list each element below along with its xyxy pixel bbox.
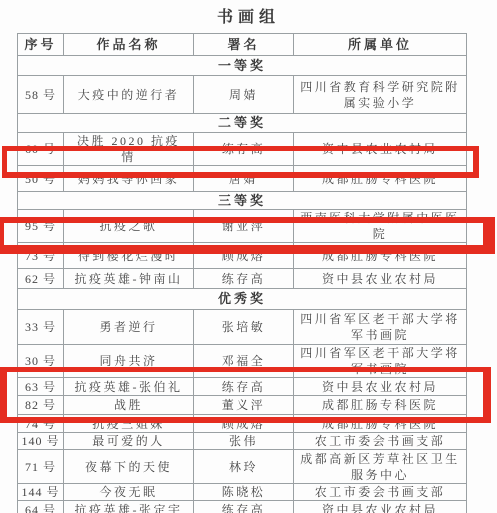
author-name: 练存高 <box>194 133 294 166</box>
row-number: 140 号 <box>18 433 64 450</box>
author-name: 邓福全 <box>194 345 294 378</box>
organization: 资中县农业农村局 <box>294 133 467 166</box>
column-header-number: 序号 <box>18 34 64 56</box>
table-row: 58 号大疫中的逆行者周婧四川省教育科学研究院附属实验小学 <box>18 76 467 114</box>
work-title: 最可爱的人 <box>64 433 194 450</box>
section-row: 优秀奖 <box>18 289 467 310</box>
table-row: 73 号待到樱花烂漫时顾成熔成都肛肠专科医院 <box>18 243 467 269</box>
table-row: 33 号勇者逆行张培敏四川省军区老干部大学将军书画院 <box>18 310 467 345</box>
row-number: 63 号 <box>18 378 64 396</box>
table-row: 50 号妈妈我等你回家唐婧成都肛肠专科医院 <box>18 166 467 192</box>
organization: 成都肛肠专科医院 <box>294 415 467 433</box>
organization: 四川省教育科学研究院附属实验小学 <box>294 76 467 114</box>
work-title: 妈妈我等你回家 <box>64 166 194 192</box>
author-name: 练存高 <box>194 501 294 513</box>
column-header-organization: 所属单位 <box>294 34 467 56</box>
row-number: 64 号 <box>18 501 64 513</box>
author-name: 周婧 <box>194 76 294 114</box>
row-number: 58 号 <box>18 76 64 114</box>
organization: 成都高新区芳草社区卫生服务中心 <box>294 450 467 484</box>
table-row: 64 号抗疫英雄-张定宇练存高资中县农业农村局 <box>18 501 467 513</box>
work-title: 勇者逆行 <box>64 310 194 345</box>
section-label: 一等奖 <box>18 56 467 76</box>
author-name: 练存高 <box>194 378 294 396</box>
section-label: 优秀奖 <box>18 289 467 310</box>
work-title: 抗疫三姐妹 <box>64 415 194 433</box>
table-row: 71 号夜幕下的天使林玲成都高新区芳草社区卫生服务中心 <box>18 450 467 484</box>
row-number: 30 号 <box>18 345 64 378</box>
work-title: 夜幕下的天使 <box>64 450 194 484</box>
organization: 资中县农业农村局 <box>294 378 467 396</box>
row-number: 74 号 <box>18 415 64 433</box>
section-row: 一等奖 <box>18 56 467 76</box>
table-row: 82 号战胜董义泙成都肛肠专科医院 <box>18 396 467 415</box>
work-title: 抗疫英雄-张定宇 <box>64 501 194 513</box>
row-number: 82 号 <box>18 396 64 415</box>
section-row: 二等奖 <box>18 114 467 133</box>
table-row: 62 号抗疫英雄-钟南山练存高资中县农业农村局 <box>18 269 467 289</box>
table-row: 95 号抗疫之歌谢亚萍西南医科大学附属中医医院 <box>18 210 467 243</box>
work-title: 战胜 <box>64 396 194 415</box>
row-number: 50 号 <box>18 166 64 192</box>
table-row: 63 号抗疫英雄-张伯礼练存高资中县农业农村局 <box>18 378 467 396</box>
column-header-work-title: 作品名称 <box>64 34 194 56</box>
table-row: 140 号最可爱的人张伟农工市委会书画支部 <box>18 433 467 450</box>
author-name: 张伟 <box>194 433 294 450</box>
table-row: 144 号今夜无眠陈晓松农工市委会书画支部 <box>18 484 467 501</box>
organization: 成都肛肠专科医院 <box>294 166 467 192</box>
section-label: 三等奖 <box>18 192 467 210</box>
work-title: 同舟共济 <box>64 345 194 378</box>
author-name: 练存高 <box>194 269 294 289</box>
document-page: 书画组 序号 作品名称 署名 所属单位 一等奖58 号大疫中的逆行者周婧四川省教… <box>0 0 497 513</box>
table-row: 60 号决胜 2020 抗疫情练存高资中县农业农村局 <box>18 133 467 166</box>
awards-table: 序号 作品名称 署名 所属单位 一等奖58 号大疫中的逆行者周婧四川省教育科学研… <box>17 33 467 513</box>
organization: 农工市委会书画支部 <box>294 433 467 450</box>
organization: 农工市委会书画支部 <box>294 484 467 501</box>
column-header-author: 署名 <box>194 34 294 56</box>
work-title: 决胜 2020 抗疫情 <box>64 133 194 166</box>
author-name: 董义泙 <box>194 396 294 415</box>
organization: 成都肛肠专科医院 <box>294 396 467 415</box>
table-row: 74 号抗疫三姐妹顾成熔成都肛肠专科医院 <box>18 415 467 433</box>
author-name: 唐婧 <box>194 166 294 192</box>
row-number: 71 号 <box>18 450 64 484</box>
row-number: 62 号 <box>18 269 64 289</box>
author-name: 谢亚萍 <box>194 210 294 243</box>
header-row: 序号 作品名称 署名 所属单位 <box>18 34 467 56</box>
author-name: 顾成熔 <box>194 243 294 269</box>
work-title: 抗疫之歌 <box>64 210 194 243</box>
organization: 成都肛肠专科医院 <box>294 243 467 269</box>
work-title: 今夜无眠 <box>64 484 194 501</box>
organization: 资中县农业农村局 <box>294 269 467 289</box>
section-label: 二等奖 <box>18 114 467 133</box>
row-number: 144 号 <box>18 484 64 501</box>
organization: 四川省军区老干部大学将军书画院 <box>294 345 467 378</box>
author-name: 陈晓松 <box>194 484 294 501</box>
author-name: 张培敏 <box>194 310 294 345</box>
organization: 四川省军区老干部大学将军书画院 <box>294 310 467 345</box>
row-number: 95 号 <box>18 210 64 243</box>
author-name: 林玲 <box>194 450 294 484</box>
table-row: 30 号同舟共济邓福全四川省军区老干部大学将军书画院 <box>18 345 467 378</box>
work-title: 大疫中的逆行者 <box>64 76 194 114</box>
page-title: 书画组 <box>0 4 497 27</box>
author-name: 顾成熔 <box>194 415 294 433</box>
work-title: 抗疫英雄-张伯礼 <box>64 378 194 396</box>
work-title: 待到樱花烂漫时 <box>64 243 194 269</box>
row-number: 33 号 <box>18 310 64 345</box>
organization: 西南医科大学附属中医医院 <box>294 210 467 243</box>
organization: 资中县农业农村局 <box>294 501 467 513</box>
section-row: 三等奖 <box>18 192 467 210</box>
row-number: 73 号 <box>18 243 64 269</box>
row-number: 60 号 <box>18 133 64 166</box>
work-title: 抗疫英雄-钟南山 <box>64 269 194 289</box>
